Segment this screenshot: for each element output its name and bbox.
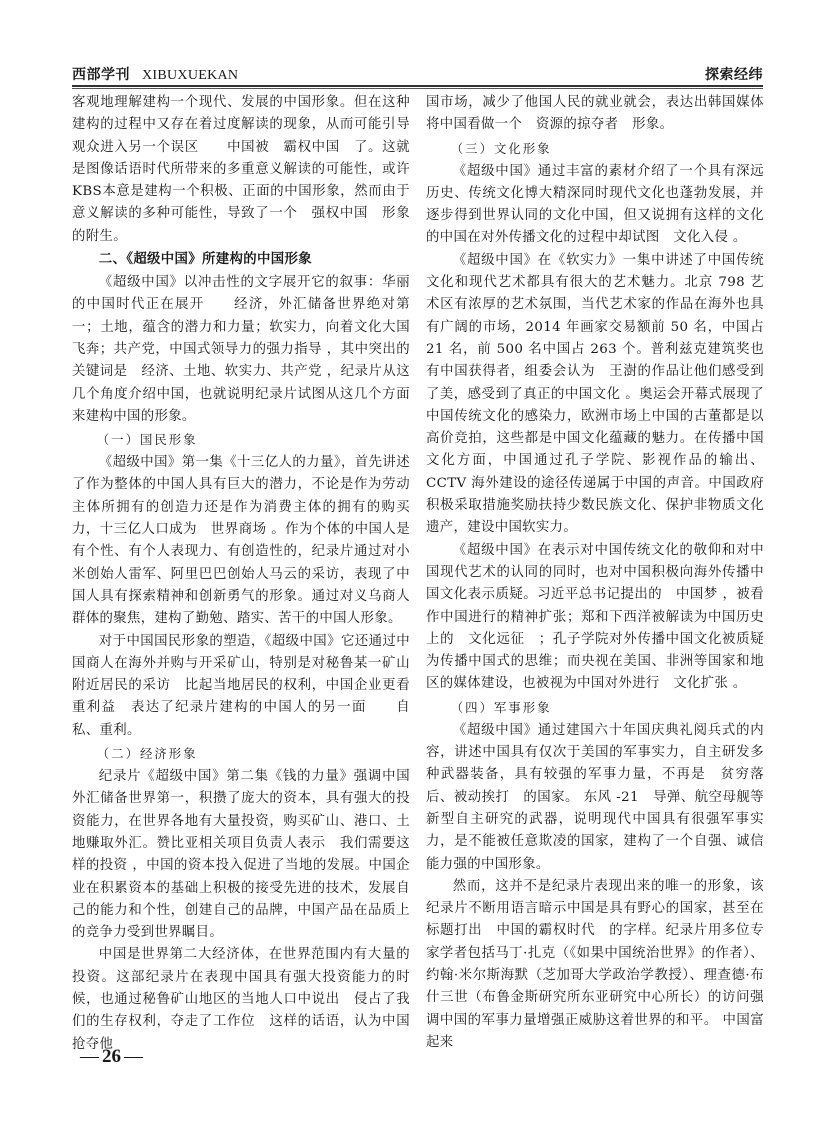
paragraph: 《超级中国》通过建国六十年国庆典礼阅兵式的内容，讲述中国具有仅次于美国的军事实力… [426, 720, 764, 876]
running-header: 西部学刊XIBUXUEKAN 探索经纬 [72, 62, 763, 84]
paragraph: 客观地理解建构一个现代、发展的中国形象。但在这种建构的过程中又存在着过度解读的现… [72, 92, 410, 248]
paragraph: 对于中国国民形象的塑造，《超级中国》它还通过中国商人在海外并购与开采矿山，特别是… [72, 631, 410, 742]
journal-title: 西部学刊XIBUXUEKAN [72, 64, 238, 84]
paragraph: 《超级中国》第一集《十三亿人的力量》，首先讲述了作为整体的中国人具有巨大的潜力，… [72, 452, 410, 630]
paragraph: 《超级中国》以冲击性的文字展开它的叙事：华丽的中国时代正在展开 经济，外汇储备世… [72, 272, 410, 428]
subsection-heading: （三）文化形象 [426, 137, 764, 161]
section-title: 探索经纬 [705, 64, 763, 84]
paragraph: 纪录片《超级中国》第二集《钱的力量》强调中国外汇储备世界第一，积攒了庞大的资本，… [72, 766, 410, 944]
journal-title-cn: 西部学刊 [72, 67, 130, 83]
header-double-rule [72, 85, 763, 89]
journal-title-latin: XIBUXUEKAN [142, 68, 238, 83]
subsection-heading: （一）国民形象 [72, 428, 410, 452]
paragraph: 国市场，减少了他国人民的就业就会，表达出韩国媒体将中国看做一个 资源的掠夺者 形… [426, 92, 764, 137]
right-column: 国市场，减少了他国人民的就业就会，表达出韩国媒体将中国看做一个 资源的掠夺者 形… [426, 92, 764, 1054]
page-number-value: 26 [102, 1046, 121, 1067]
paragraph: 然而，这并不是纪录片表现出来的唯一的形象，该纪录片不断用语言暗示中国是具有野心的… [426, 876, 764, 1054]
page-number-dash: — [80, 1046, 99, 1067]
subsection-heading: （四）军事形象 [426, 696, 764, 720]
page-number: —26— [80, 1046, 143, 1068]
left-column: 客观地理解建构一个现代、发展的中国形象。但在这种建构的过程中又存在着过度解读的现… [72, 92, 410, 1056]
paragraph: 《超级中国》在表示对中国传统文化的敬仰和对中国现代艺术的认同的同时，也对中国积极… [426, 540, 764, 696]
page-number-dash: — [124, 1046, 143, 1067]
section-heading: 二、《超级中国》所建构的中国形象 [72, 248, 410, 272]
paragraph: 中国是世界第二大经济体，在世界范围内有大量的投资。这部纪录片在表现中国具有强大投… [72, 944, 410, 1055]
paragraph: 《超级中国》在《软实力》一集中讲述了中国传统文化和现代艺术都具有很大的艺术魅力。… [426, 250, 764, 540]
subsection-heading: （二）经济形象 [72, 742, 410, 766]
paragraph: 《超级中国》通过丰富的素材介绍了一个具有深远历史、传统文化博大精深同时现代文化也… [426, 161, 764, 250]
